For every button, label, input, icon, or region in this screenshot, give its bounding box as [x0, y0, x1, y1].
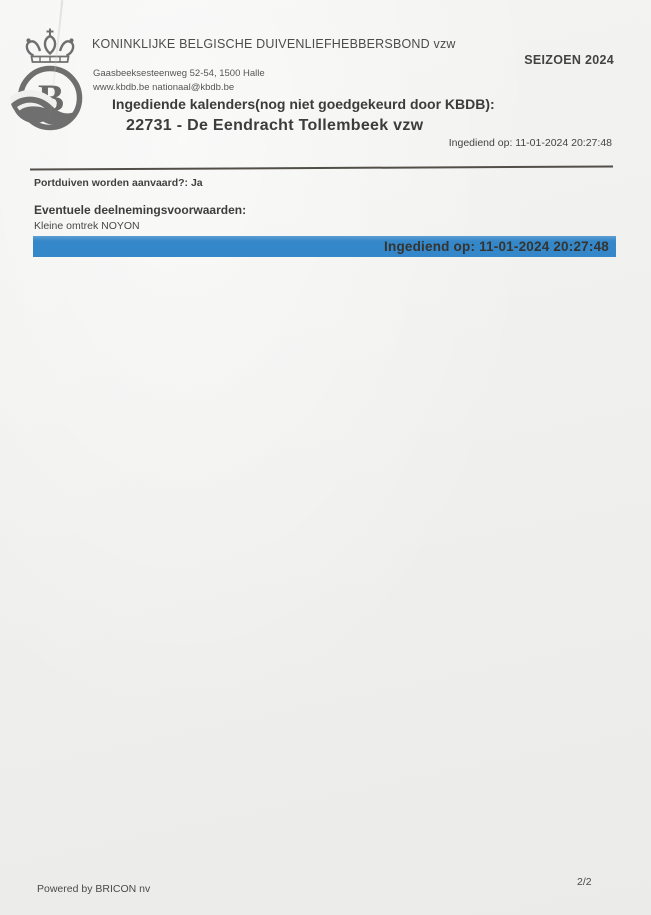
conditions-heading: Eventuele deelnemingsvoorwaarden:: [34, 203, 246, 217]
submission-timestamp: Ingediend op: 11-01-2024 20:27:48: [449, 137, 612, 149]
footer-powered-by: Powered by BRICON nv: [37, 883, 150, 895]
page-title: Ingediende kalenders(nog niet goedgekeur…: [112, 96, 495, 112]
conditions-value: Kleine omtrek NOYON: [34, 220, 140, 232]
address-line: Gaasbeeksesteenweg 52-54, 1500 Halle: [93, 68, 265, 79]
page-number: 2/2: [577, 876, 592, 888]
org-name: KONINKLIJKE BELGISCHE DUIVENLIEFHEBBERSB…: [92, 37, 456, 51]
club-title: 22731 - De Eendracht Tollembeek vzw: [126, 117, 423, 135]
scanned-document-page: B KONINKLIJKE BELGISCHE DUIVENLIEFHEBBER…: [0, 0, 651, 915]
season-label: SEIZOEN 2024: [524, 53, 614, 67]
divider-rule: [30, 165, 613, 170]
kbdb-logo-icon: B: [10, 27, 90, 137]
port-pigeons-line: Portduiven worden aanvaard?: Ja: [34, 177, 203, 189]
submission-highlight-bar: Ingediend op: 11-01-2024 20:27:48: [33, 236, 616, 257]
website-email-line: www.kbdb.be nationaal@kbdb.be: [93, 82, 234, 93]
